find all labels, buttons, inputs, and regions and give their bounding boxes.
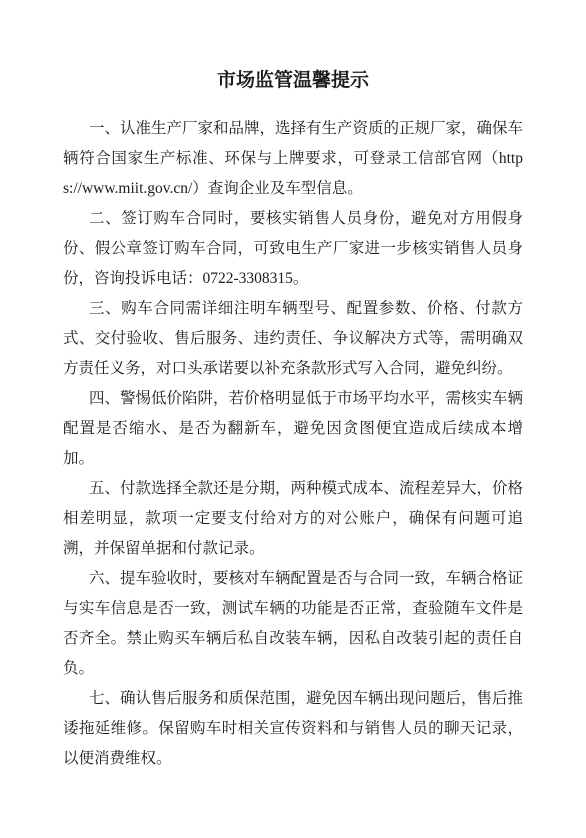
document-title: 市场监管温馨提示 [63,66,523,96]
document-paragraph-3: 三、购车合同需详细注明车辆型号、配置参数、价格、付款方式、交付验收、售后服务、违… [63,294,523,384]
document-paragraph-7: 七、确认售后服务和质保范围，避免因车辆出现问题后，售后推诿拖延维修。保留购车时相… [63,684,523,774]
document-page: 市场监管温馨提示 一、认准生产厂家和品牌，选择有生产资质的正规厂家，确保车辆符合… [0,0,586,838]
document-paragraph-1: 一、认准生产厂家和品牌，选择有生产资质的正规厂家，确保车辆符合国家生产标准、环保… [63,114,523,204]
document-body: 一、认准生产厂家和品牌，选择有生产资质的正规厂家，确保车辆符合国家生产标准、环保… [63,114,523,774]
document-paragraph-6: 六、提车验收时，要核对车辆配置是否与合同一致，车辆合格证与实车信息是否一致，测试… [63,564,523,684]
document-paragraph-4: 四、警惕低价陷阱，若价格明显低于市场平均水平，需核实车辆配置是否缩水、是否为翻新… [63,384,523,474]
document-paragraph-5: 五、付款选择全款还是分期，两种模式成本、流程差异大，价格相差明显，款项一定要支付… [63,474,523,564]
document-paragraph-2: 二、签订购车合同时，要核实销售人员身份，避免对方用假身份、假公章签订购车合同，可… [63,204,523,294]
